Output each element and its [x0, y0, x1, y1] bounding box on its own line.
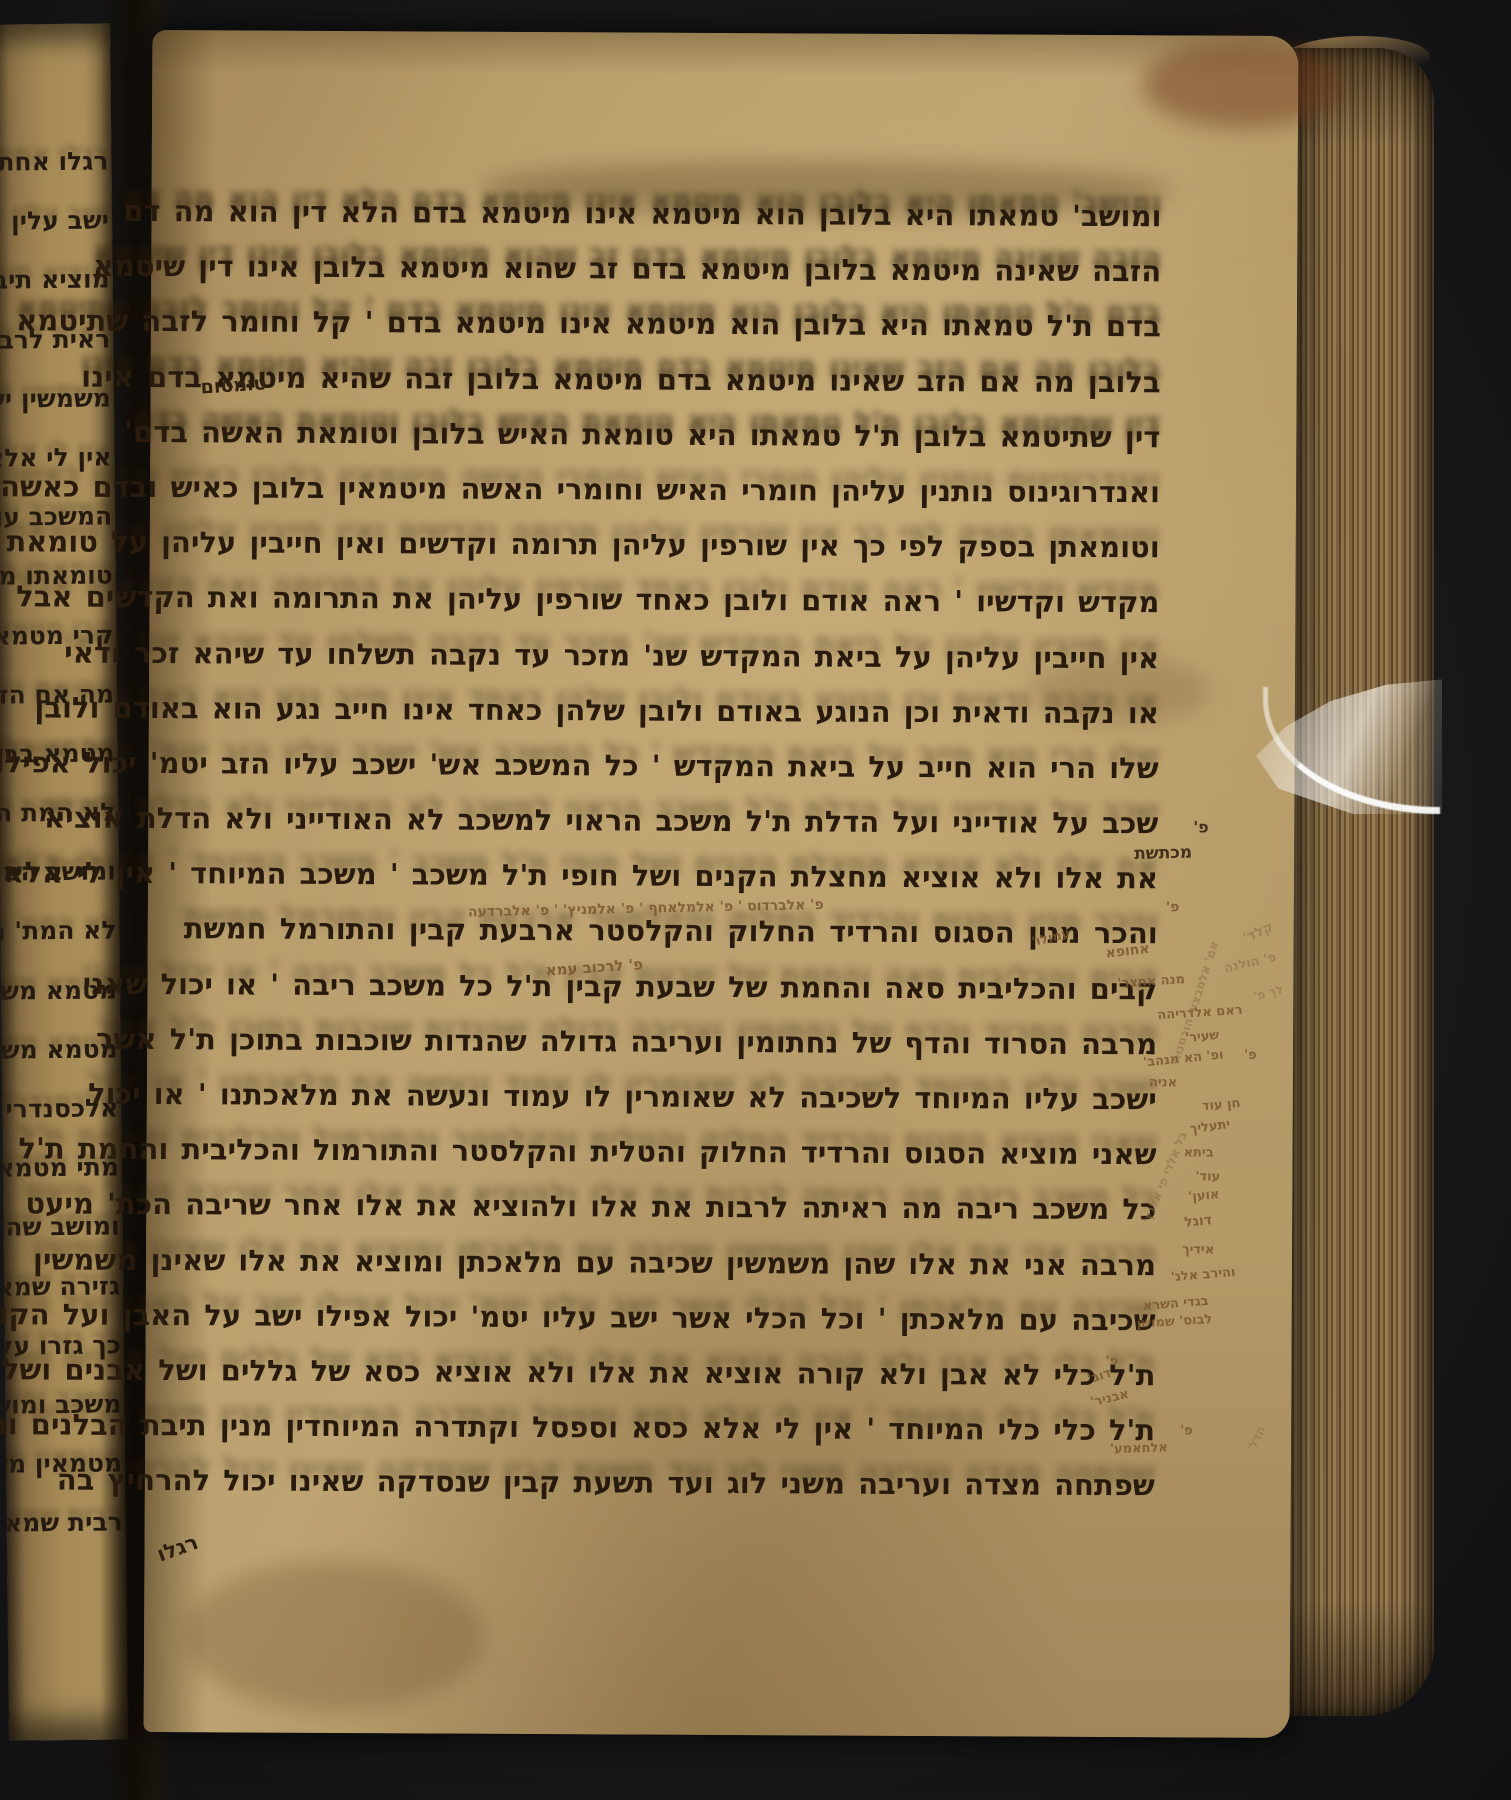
text-line: אין חייבין עליהן על ביאת המקדש שנ' מזכר … [185, 628, 1159, 688]
text-line: או נקבה ודאית וכן הנוגע באודם ולובן שלהן… [185, 683, 1159, 743]
text-line: ישכב עליו המיוחד לשכיבה לא שאומרין לו עמ… [183, 1069, 1157, 1129]
text-line: קבים והכליבית סאה והחמת של שבעת קבין ת'ל… [183, 959, 1157, 1019]
text-line: כל משכב ריבה מה ראיתה לרבות את אלו ולהוצ… [182, 1180, 1156, 1240]
margin-note: פ' הולנה [1223, 950, 1278, 976]
margin-note: אלחאמע' [1110, 1440, 1168, 1457]
text-line: ת'ל כלי כלי המיוחד ' אין לי אלא כסא וספס… [181, 1400, 1155, 1460]
margin-note: פ' [1193, 817, 1209, 836]
text-line: ת'ל כלי לא אבן ולא קורה אוציא את אלו ולא… [181, 1345, 1155, 1405]
margin-note: חן עוד [1201, 1096, 1241, 1114]
text-line: מקדש וקדשיו ' ראה אודם ולובן כאחד שורפין… [185, 573, 1159, 633]
margin-note: קלד' [1241, 919, 1276, 947]
main-text-block: ומושב' טמאתו היא בלובן הוא מיטמא אינו מי… [181, 186, 1162, 1516]
margin-note: אוען' [1188, 1187, 1220, 1205]
stain [1142, 41, 1342, 128]
margin-note: הדל' [1244, 1424, 1268, 1454]
text-line: שכב על אודייני ועל הדלת ת'ל משכב הראוי ל… [184, 793, 1158, 853]
margin-note: פ' [1180, 1423, 1193, 1438]
margin-note: והירב אלג' [1170, 1265, 1236, 1285]
fore-edge-stack [1284, 48, 1434, 1716]
manuscript-photo: רגלו אחת ת' ישב עלין הכ מוציא תיבת ראית … [0, 0, 1511, 1800]
text-line: שכיבה עם מלאכתן ' וכל הכלי אשר ישב עליו … [182, 1290, 1156, 1350]
text-line: בלובן מה אם הזב שאינו מיטמא בדם מיטמא בל… [186, 352, 1160, 412]
text-line: מרבה הסרוד והדף של נחתומין ועריבה גדולה … [183, 1014, 1157, 1074]
margin-note: פ' [1244, 1048, 1257, 1063]
margin-note: ביתא [1184, 1145, 1214, 1160]
margin-note: לך פ' [1252, 982, 1285, 1003]
text-line: וטומאתן בספק לפי כך אין שורפין עליהן תרו… [186, 517, 1160, 577]
manuscript-page: ומושב' טמאתו היא בלובן הוא מיטמא אינו מי… [144, 30, 1299, 1738]
text-line: דין שתיטמא בלובן ת'ל טמאתו היא טומאת האי… [186, 407, 1160, 467]
page-weight-highlight [1263, 687, 1439, 814]
text-line: בדם ת'ל טמאתו היא בלובן הוא מיטמא אינו מ… [187, 297, 1161, 357]
margin-note: דוגל [1184, 1212, 1213, 1231]
margin-note: אניה [1149, 1075, 1177, 1090]
margin-note: עוד' [1195, 1169, 1220, 1184]
text-line: הזבה שאינה מיטמא בלובן מיטמא בדם זב שהוא… [187, 241, 1161, 301]
page-weight [1256, 632, 1442, 814]
strip-line: רגלו אחת ת' [0, 131, 112, 192]
text-line: שפתחה מצדה ועריבה משני לוג ועד תשעת קבין… [181, 1455, 1155, 1515]
text-line: ומושב' טמאתו היא בלובן הוא מיטמא אינו מי… [187, 186, 1161, 246]
text-line: ואנדרוגינוס נותנין עליהן חומרי האיש וחומ… [186, 462, 1160, 522]
margin-note: יתעליך [1189, 1117, 1231, 1137]
text-line: מרבה אני את אלו שהן משמשין שכיבה עם מלאכ… [182, 1235, 1156, 1295]
text-line: שלו הרי הוא חייב על ביאת המקדש ' כל המשכ… [184, 738, 1158, 798]
margin-note: מנה אחצר' [1117, 972, 1185, 991]
text-line: שאני מוציא הסגוס והרדיד החלוק והטלית והק… [182, 1124, 1156, 1184]
margin-note: מכתשת [1134, 842, 1193, 864]
page-top-shading [152, 30, 1298, 78]
stain [184, 1560, 485, 1712]
margin-note: אידיך [1182, 1242, 1214, 1257]
superscript-correction: טומטום [200, 372, 267, 398]
margin-note: פ' [1166, 899, 1180, 915]
